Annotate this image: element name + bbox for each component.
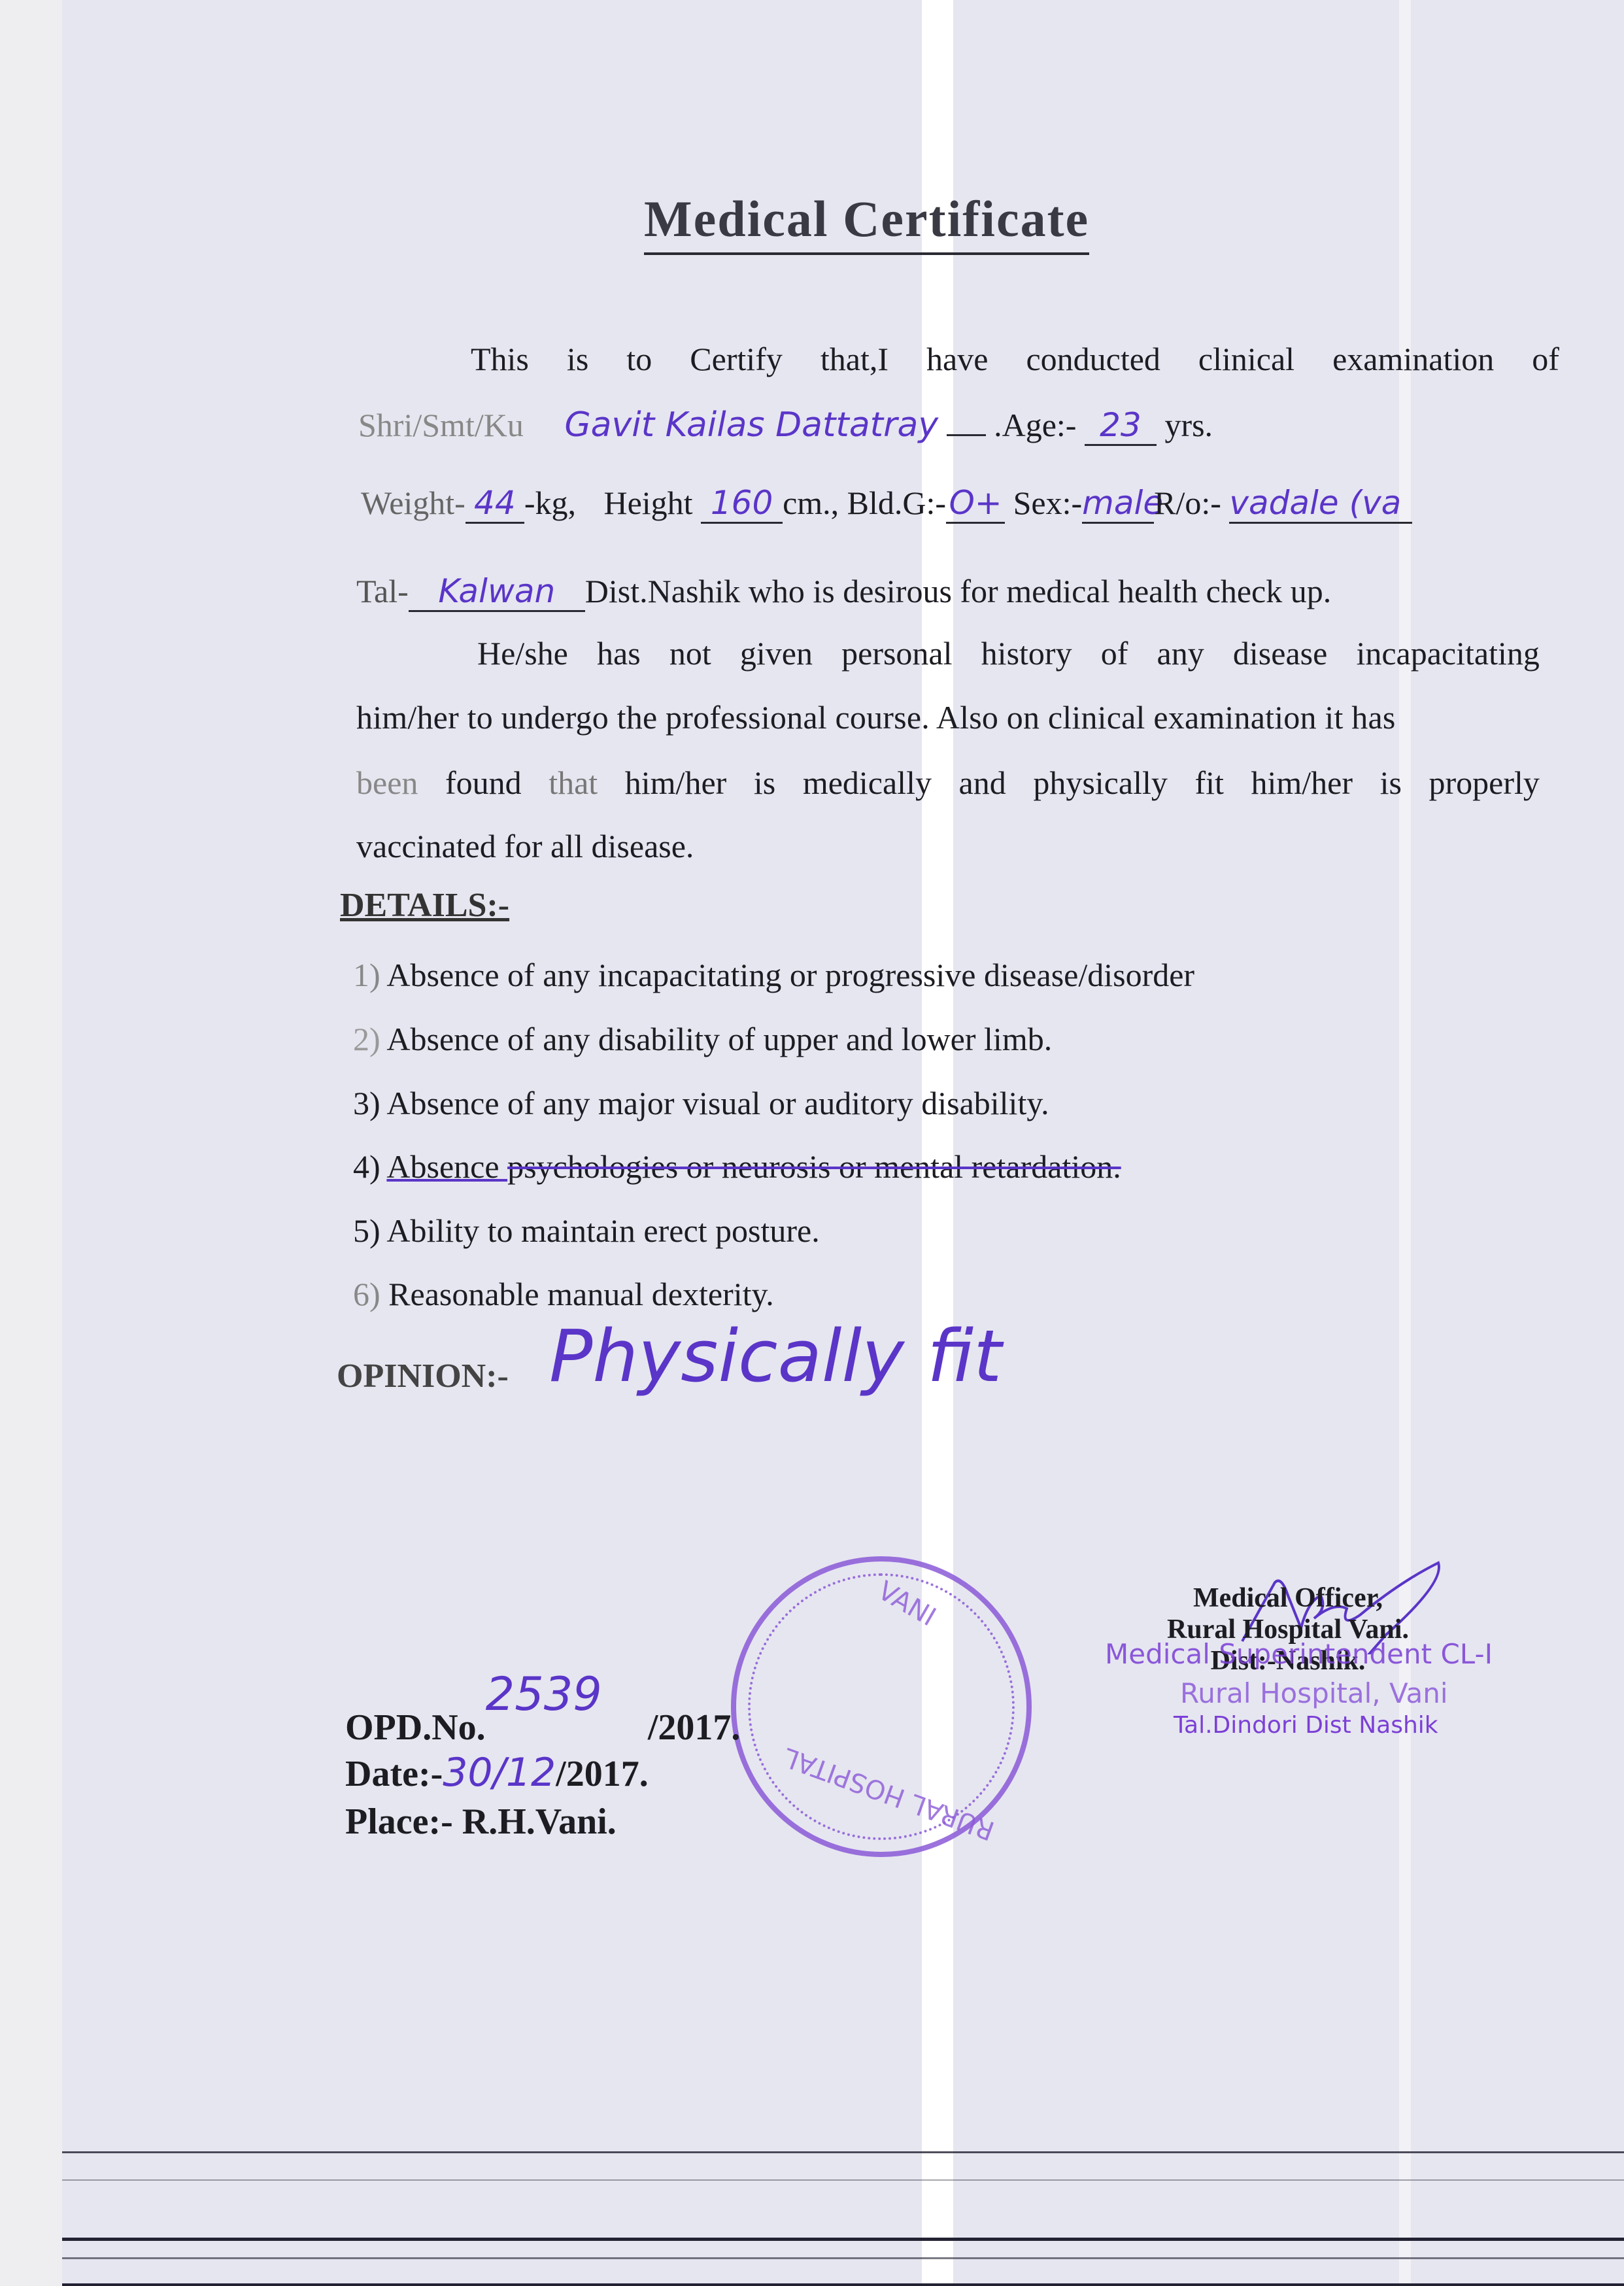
word: He/she — [477, 634, 568, 672]
taluka-value: Kalwan — [409, 572, 585, 612]
detail-text: Absence — [386, 1148, 507, 1185]
opd-line: OPD.No.2539/2017. — [345, 1703, 740, 1748]
signatory-title: Medical Officer, — [1105, 1582, 1471, 1614]
place-value: R.H.Vani. — [462, 1801, 617, 1842]
detail-struck-text: psychologies or neurosis or mental retar… — [507, 1148, 1121, 1185]
para2-line1: He/she has not given personal history of… — [477, 634, 1540, 672]
word: that,I — [820, 340, 888, 378]
para2-line3: been found that him/her is medically and… — [356, 764, 1540, 802]
age-label: .Age:- — [994, 407, 1076, 443]
blood-group-value: O+ — [946, 484, 1005, 524]
word: properly — [1429, 764, 1540, 802]
district-text: Dist.Nashik who is desirous for medical … — [585, 573, 1331, 609]
residence-value: vadale (va — [1229, 484, 1412, 524]
height-value: 160 — [701, 484, 783, 524]
word: been — [356, 764, 418, 802]
age-unit: yrs. — [1164, 407, 1213, 443]
name-blank — [947, 434, 986, 436]
detail-text: Ability to maintain erect posture. — [386, 1212, 819, 1249]
residence-label: R/o:- — [1154, 485, 1221, 521]
detail-item: 3) Absence of any major visual or audito… — [353, 1084, 1049, 1122]
word: personal — [841, 634, 952, 672]
word: found — [445, 764, 522, 802]
word: not — [669, 634, 711, 672]
scan-line — [62, 2238, 1624, 2241]
taluka-line: Tal-KalwanDist.Nashik who is desirous fo… — [356, 572, 1331, 612]
detail-number: 3) — [353, 1085, 381, 1121]
para2-line2: him/her to undergo the professional cour… — [356, 698, 1396, 736]
detail-item: 6) Reasonable manual dexterity. — [353, 1275, 774, 1313]
page-title: Medical Certificate — [644, 190, 1089, 255]
word: conducted — [1026, 340, 1160, 378]
detail-item: 5) Ability to maintain erect posture. — [353, 1212, 820, 1250]
vitals-line: Weight-44-kg, Height 160cm., Bld.G:-O+ S… — [361, 484, 1412, 524]
sex-label: Sex:- — [1013, 485, 1083, 521]
date-label: Date:- — [345, 1754, 443, 1794]
weight-unit: -kg, — [524, 485, 576, 521]
opd-year: /2017. — [648, 1707, 741, 1748]
word: This — [471, 340, 529, 378]
detail-number: 6) — [353, 1276, 381, 1312]
detail-number: 4) — [353, 1148, 381, 1185]
word: of — [1532, 340, 1559, 378]
date-line: Date:-30/12/2017. — [345, 1752, 649, 1794]
scan-line — [62, 2179, 1624, 2181]
height-label: Height — [603, 485, 692, 521]
details-heading: DETAILS:- — [340, 886, 509, 925]
date-value: 30/12 — [443, 1750, 556, 1796]
detail-number: 2) — [353, 1021, 381, 1057]
weight-label: Weight- — [361, 485, 465, 521]
opd-label: OPD.No. — [345, 1707, 486, 1748]
word: have — [926, 340, 988, 378]
opinion-value: Physically fit — [549, 1314, 1002, 1398]
word: any — [1157, 634, 1204, 672]
name-line: Shri/Smt/Ku Gavit Kailas Dattatray .Age:… — [358, 405, 1213, 446]
word: is — [567, 340, 588, 378]
word: Certify — [690, 340, 783, 378]
word: that — [549, 764, 598, 802]
word: fit — [1194, 764, 1223, 802]
blood-group-label: Bld.G:- — [847, 485, 946, 521]
word: clinical — [1198, 340, 1294, 378]
scan-line — [62, 2151, 1624, 2153]
word: him/her — [1251, 764, 1353, 802]
word: him/her — [625, 764, 727, 802]
word: and — [959, 764, 1006, 802]
detail-text: Absence of any disability of upper and l… — [386, 1021, 1052, 1057]
height-unit: cm., — [783, 485, 839, 521]
date-year: /2017. — [556, 1754, 649, 1794]
name-label: Shri/Smt/Ku — [358, 407, 524, 443]
word: medically — [803, 764, 932, 802]
word: disease — [1233, 634, 1327, 672]
age-value: 23 — [1085, 406, 1157, 446]
detail-number: 1) — [353, 957, 381, 993]
word: history — [981, 634, 1072, 672]
detail-item: 1) Absence of any incapacitating or prog… — [353, 956, 1194, 994]
detail-item: 4) Absence psychologies or neurosis or m… — [353, 1148, 1121, 1186]
name-value: Gavit Kailas Dattatray — [564, 405, 938, 445]
taluka-label: Tal- — [356, 573, 409, 609]
detail-item: 2) Absence of any disability of upper an… — [353, 1020, 1052, 1058]
para2-line4: vaccinated for all disease. — [356, 827, 694, 865]
word: physically — [1033, 764, 1168, 802]
place-label: Place:- — [345, 1801, 453, 1842]
word: examination — [1332, 340, 1494, 378]
detail-number: 5) — [353, 1212, 381, 1249]
word: has — [597, 634, 641, 672]
stamp-line2: Rural Hospital, Vani — [1180, 1677, 1448, 1709]
scan-line — [62, 2283, 1624, 2286]
stamp-line1: Medical Superintendent CL-I — [1105, 1638, 1493, 1670]
word: is — [754, 764, 775, 802]
word: to — [626, 340, 652, 378]
sex-value: male — [1082, 484, 1154, 524]
weight-value: 44 — [465, 484, 524, 524]
opd-value: 2539 — [486, 1667, 602, 1721]
word: incapacitating — [1356, 634, 1539, 672]
word: given — [740, 634, 813, 672]
word: of — [1101, 634, 1128, 672]
intro-line: This is to Certify that,I have conducted… — [471, 340, 1559, 378]
place-line: Place:- R.H.Vani. — [345, 1801, 617, 1842]
word: is — [1380, 764, 1402, 802]
scan-line — [62, 2257, 1624, 2259]
opinion-label: OPINION:- — [337, 1357, 509, 1395]
detail-text: Absence of any incapacitating or progres… — [386, 957, 1194, 993]
stamp-line3: Tal.Dindori Dist Nashik — [1174, 1712, 1438, 1739]
scan-edge — [0, 0, 62, 2286]
detail-text: Reasonable manual dexterity. — [388, 1276, 774, 1312]
detail-text: Absence of any major visual or auditory … — [386, 1085, 1049, 1121]
